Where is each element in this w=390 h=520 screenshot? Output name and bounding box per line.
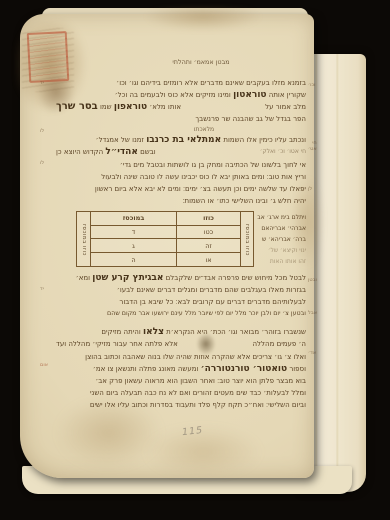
display-word: טוראפון — [114, 102, 147, 112]
display-word: טואטור׳ טורנטוררה׳ — [201, 364, 287, 374]
manuscript-page: מבטן אמאמ׳ ותהלתי בזמנא מזלו בעקבים שאינ… — [20, 14, 314, 478]
text-line: אי לחוך בלשונו של הכתיבה ומחק בן גו לושת… — [56, 159, 306, 171]
cipher-table: כוזו במוכסז כוזו כטו זה או במוכסז ד ג ה … — [76, 211, 254, 267]
table-cell: כוזו — [177, 212, 240, 226]
marginal-note: אום — [40, 362, 48, 368]
text-segment: ונכתב עליו כימין אלו השמות — [221, 136, 306, 144]
marginal-note: יד — [40, 286, 44, 292]
text-segment: אותו מלא׳ טוראפון שמו בסר שרך — [56, 101, 181, 113]
text-line: בגזרות מאלו בעגלבים שהם מדברים ומגלים דב… — [56, 284, 306, 296]
table-vertical-label-left: כוזו במוכסז — [77, 212, 90, 266]
text-line: ויתלם בימ ארג׳ אב — [254, 212, 306, 223]
manuscript-photo: מבטן אמאמ׳ ותהלתי בזמנא מזלו בעקבים שאינ… — [0, 0, 390, 520]
text-segment: ובשם אהדי״ל הקדוש היוצא כן — [56, 146, 156, 158]
table-cell: ה — [91, 253, 176, 266]
table-cell: כטו — [177, 226, 240, 240]
display-word: בסר שרך — [56, 101, 98, 112]
text-line: ובטען צ׳ יום ולבן יוכר מלל יום לפי שיובר… — [50, 308, 306, 320]
marginal-note: אד׳ — [308, 350, 316, 356]
text-segment: מלב אמור על — [265, 101, 306, 113]
text-line: מלב אמור עלאותו מלא׳ טוראפון שמו בסר שרך — [56, 101, 306, 113]
cipher-table-section: ויתלם בימ ארג׳ אב אברהי׳ אבריהאם ברה׳ אב… — [56, 211, 306, 267]
text-line: ברה׳ אבריהא׳ ש — [254, 234, 306, 245]
text-segment: אלא פלתה אחר עבור מזיקי׳ מהללה ועד — [56, 338, 178, 350]
text-line: וריץ אות טוב׃ ומים באותן יבא לו כוס יכבי… — [56, 171, 306, 183]
marginal-note: וכו׳ — [308, 82, 315, 88]
table-side-text: ויתלם בימ ארג׳ אב אברהי׳ אבריהאם ברה׳ אב… — [254, 211, 306, 267]
text-segment: שנשברו בזוהר׳ מבואר וגו׳ הכת׳ היא הנקרא׳… — [164, 328, 306, 336]
text-segment: לבטל מכל מיחוש שים פרפרה אבד־ים שלקבלם — [163, 274, 306, 282]
text-line: הפר בגדל של גב שהבנה שר פרנשבך — [56, 113, 306, 125]
display-word: צלאו — [143, 327, 164, 337]
text-segment: ומעשה מאונג פתלה ותנשאן צו אמ׳ — [93, 365, 201, 373]
text-segment: ובשם — [138, 148, 156, 156]
text-segment: ה׳ פעמים מהללה — [252, 338, 306, 350]
text-line: ינוי וקיצא׳ של׳ — [254, 245, 306, 256]
table-cell: ד — [91, 226, 176, 240]
text-segment: וספור — [287, 365, 306, 373]
text-line: וביום השלישי׃ ואח״כ תקח קלף פלד ותעבוד ב… — [56, 399, 306, 411]
marginal-note: יד — [40, 80, 44, 86]
text-line: אברהי׳ אבריהאם — [254, 223, 306, 234]
folio-number: 115 — [181, 425, 203, 438]
text-line: ומלל לבעלות׳ כבד שים מעטים זהורים ואם לא… — [56, 387, 306, 399]
text-line: יפאלו עד שלשה ימים וכן תעשה בצ׳ ימים׃ ומ… — [56, 183, 306, 195]
marginal-note: ובטן — [308, 277, 317, 283]
text-line: בוא מבצר פלתן הוא יוצר טוב׃ ואחר השבון ה… — [56, 375, 306, 387]
text-line: ונכתב עליו כימין אלו השמות אמתלאי בת כרנ… — [56, 134, 306, 146]
marginal-note: חי אט׳ — [308, 140, 317, 152]
table-cell: ג — [91, 239, 176, 253]
display-word: טוראטון — [233, 90, 266, 100]
text-segment: והיתה מזיקים — [101, 328, 143, 336]
text-line: מלאכתו — [56, 125, 306, 134]
text-segment: הקדוש היוצא כן — [56, 148, 105, 156]
table-cell: במוכסז — [91, 212, 176, 226]
text-line: שנשברו בזוהר׳ מבואר וגו׳ הכת׳ היא הנקרא׳… — [56, 326, 306, 338]
text-segment: זמנו של אמגדל׳ — [96, 136, 147, 144]
text-segment: שקורין אותה — [267, 91, 306, 99]
text-line: בזמנא מזלו בעקבים שאינם מדברים אלא רומזי… — [56, 77, 306, 89]
table-vertical-label-right: כוזו במוכסז — [240, 212, 253, 266]
display-word: אהדי״ל — [105, 147, 138, 157]
text-line: ה׳ פעמים מהללהאלא פלתה אחר עבור מזיקי׳ מ… — [56, 338, 306, 350]
text-line: חי אטו׳ וכ׳ ואלק׳ובשם אהדי״ל הקדוש היוצא… — [56, 146, 306, 158]
table-column-kuzu: כוזו כטו זה או — [176, 212, 240, 266]
marginal-note: לן — [308, 186, 312, 192]
text-line: ואלו צ׳ גו׳ צריכים אלא שהקרה אוזות שהיה … — [56, 351, 306, 363]
text-segment: ומינו מזיקים אלא כוס ולבעמים בה וכל׳ — [115, 91, 233, 99]
display-word: אבגיתץ קרע שטן — [92, 273, 163, 283]
display-word: אמתלאי בת כרנבו — [146, 135, 221, 145]
text-line: שקורין אותה טוראטון ומינו מזיקים אלא כוס… — [56, 89, 306, 101]
marginal-note: לו — [40, 128, 44, 134]
running-title: מבטן אמאמ׳ ותהלתי — [56, 56, 306, 68]
text-line: יהיה חלש ג׳ ובינו השלישי כתו׳ או השמות׃ — [56, 195, 306, 207]
marginal-note-inline: חי אטו׳ וכ׳ ואלק׳ — [260, 146, 306, 158]
text-line: לבטל מכל מיחוש שים פרפרה אבד־ים שלקבלם א… — [56, 272, 306, 284]
table-cell: או — [177, 253, 240, 266]
marginal-note: לו — [40, 160, 44, 166]
text-segment: ומא׳ — [76, 274, 92, 282]
marginal-note: אבל — [308, 310, 317, 316]
table-column-bmuchsaz: במוכסז ד ג ה — [90, 212, 176, 266]
text-segment: שמו — [98, 103, 114, 111]
text-segment: אותו מלא׳ — [147, 103, 181, 111]
table-cell: זה — [177, 239, 240, 253]
text-block: מבטן אמאמ׳ ותהלתי בזמנא מזלו בעקבים שאינ… — [56, 56, 306, 411]
text-line: לבעלותיהם מדברים דברים עם קרובים לבא׃ כל… — [56, 296, 306, 308]
text-line: זהו אותו האות — [254, 256, 306, 267]
text-line: וספור טואטור׳ טורנטוררה׳ ומעשה מאונג פתל… — [56, 363, 306, 375]
